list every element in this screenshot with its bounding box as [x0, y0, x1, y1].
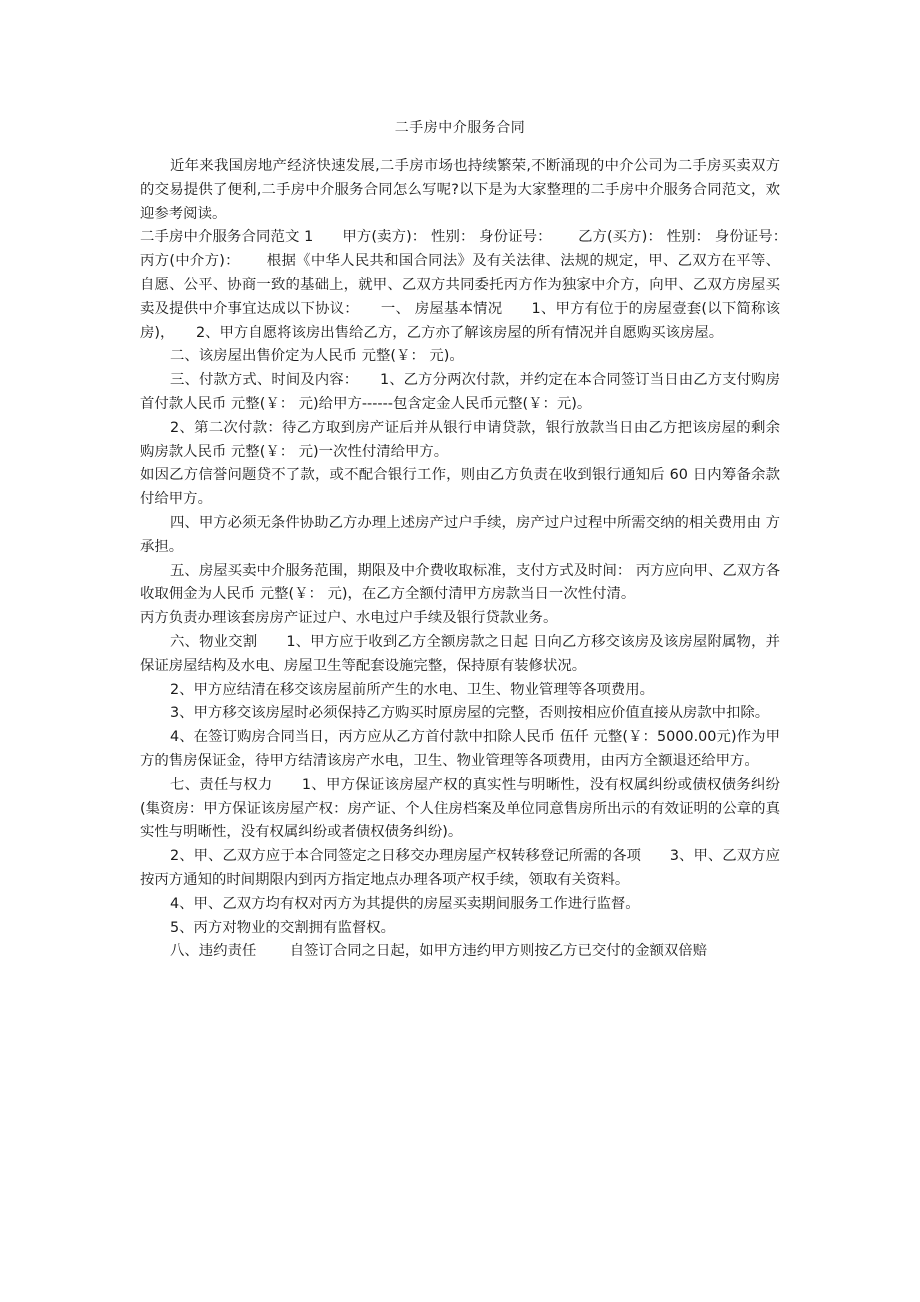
paragraph-intro: 近年来我国房地产经济快速发展,二手房市场也持续繁荣,不断涌现的中介公司为二手房买…	[140, 155, 780, 226]
paragraph-payment-1: 三、付款方式、时间及内容： 1、乙方分两次付款，并约定在本合同签订当日由乙方支付…	[140, 369, 780, 417]
paragraph-handover-1: 六、物业交割 1、甲方应于收到乙方全额房款之日起 日向乙方移交该房及该房屋附属物…	[140, 631, 780, 679]
paragraph-rights-5: 5、丙方对物业的交割拥有监督权。	[140, 917, 780, 941]
document-body: 近年来我国房地产经济快速发展,二手房市场也持续繁荣,不断涌现的中介公司为二手房买…	[140, 155, 780, 964]
paragraph-payment-2: 2、第二次付款：待乙方取到房产证后并从银行申请贷款，银行放款当日由乙方把该房屋的…	[140, 417, 780, 465]
paragraph-breach: 八、违约责任 自签订合同之日起，如甲方违约甲方则按乙方已交付的金额双倍赔	[140, 940, 780, 964]
paragraph-agency-duty: 丙方负责办理该套房房产证过户、水电过户手续及银行贷款业务。	[140, 607, 780, 631]
paragraph-handover-3: 3、甲方移交该房屋时必须保持乙方购买时原房屋的完整，否则按相应价值直接从房款中扣…	[140, 702, 780, 726]
paragraph-transfer: 四、甲方必须无条件协助乙方办理上述房产过户手续，房产过户过程中所需交纳的相关费用…	[140, 512, 780, 560]
paragraph-rights-1: 七、责任与权力 1、甲方保证该房屋产权的真实性与明晰性，没有权属纠纷或债权债务纠…	[140, 774, 780, 845]
paragraph-rights-2: 2、甲、乙双方应于本合同签定之日移交办理房屋产权转移登记所需的各项 3、甲、乙双…	[140, 845, 780, 893]
document-title: 二手房中介服务合同	[140, 117, 780, 137]
paragraph-agency-scope: 五、房屋买卖中介服务范围，期限及中介费收取标准，支付方式及时间： 丙方应向甲、乙…	[140, 560, 780, 608]
paragraph-price: 二、该房屋出售价定为人民币 元整(￥： 元)。	[140, 345, 780, 369]
paragraph-loan-failure: 如因乙方信誉问题贷不了款，或不配合银行工作，则由乙方负责在收到银行通知后 60 …	[140, 464, 780, 512]
paragraph-handover-4: 4、在签订购房合同当日，丙方应从乙方首付款中扣除人民币 伍仟 元整(￥：5000…	[140, 726, 780, 774]
paragraph-parties: 二手房中介服务合同范文 1 甲方(卖方)： 性别： 身份证号： 乙方(买方)： …	[140, 226, 780, 345]
paragraph-rights-4: 4、甲、乙双方均有权对丙方为其提供的房屋买卖期间服务工作进行监督。	[140, 893, 780, 917]
paragraph-handover-2: 2、甲方应结清在移交该房屋前所产生的水电、卫生、物业管理等各项费用。	[140, 679, 780, 703]
